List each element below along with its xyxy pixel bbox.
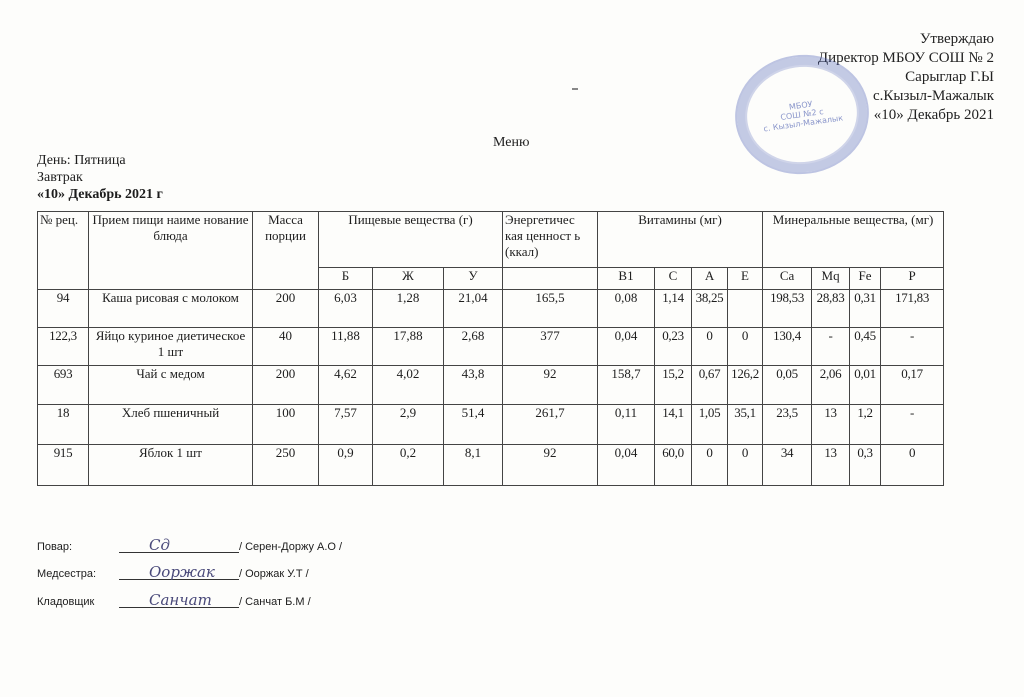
cell-fe: 1,2 [850,405,881,445]
cell-ca: 23,5 [763,405,812,445]
signature-field: Санчат [119,595,239,608]
cell-b1: 0,04 [598,445,655,486]
cell-energy: 165,5 [503,290,598,328]
cell-ca: 198,53 [763,290,812,328]
subheader: P [881,268,944,290]
header-energy: Энергетичес кая ценност ь (ккал) [503,212,598,268]
cell-zh: 2,9 [373,405,444,445]
header-minerals: Минеральные вещества, (мг) [763,212,944,268]
signature-line: Медсестра:Ооржак/ Ооржак У.Т / [37,567,309,580]
cell-u: 8,1 [444,445,503,486]
signature-line: Повар:Сд/ Серен-Доржу А.О / [37,540,342,553]
cell-ca: 34 [763,445,812,486]
cell-b: 0,9 [319,445,373,486]
cell-u: 2,68 [444,328,503,366]
cell-dish: Яйцо куриное диетическое 1 шт [89,328,253,366]
approval-line: Директор МБОУ СОШ № 2 [818,49,994,68]
cell-no: 122,3 [38,328,89,366]
cell-no: 18 [38,405,89,445]
cell-a: 0,67 [692,366,728,405]
signature-name: / Ооржак У.Т / [239,568,309,580]
cell-b: 11,88 [319,328,373,366]
cell-energy: 92 [503,366,598,405]
signature-role: Повар: [37,541,119,553]
cell-b: 4,62 [319,366,373,405]
signature-field: Ооржак [119,567,239,580]
cell-zh: 17,88 [373,328,444,366]
subheader: E [728,268,763,290]
cell-mq: 13 [812,405,850,445]
cell-e: 126,2 [728,366,763,405]
cell-u: 43,8 [444,366,503,405]
signature-role: Кладовщик [37,596,119,608]
cell-dish: Каша рисовая с молоком [89,290,253,328]
subheader: C [655,268,692,290]
header-nutrients: Пищевые вещества (г) [319,212,503,268]
cell-c: 60,0 [655,445,692,486]
handwritten-signature: Санчат [149,591,212,609]
cell-a: 0 [692,328,728,366]
cell-ca: 0,05 [763,366,812,405]
cell-dish: Хлеб пшеничный [89,405,253,445]
cell-e: 0 [728,445,763,486]
cell-p: - [881,405,944,445]
table-row: 18Хлеб пшеничный1007,572,951,4261,70,111… [38,405,944,445]
menu-table: № рец. Прием пищи наиме нование блюда Ма… [37,211,944,486]
cell-no: 915 [38,445,89,486]
cell-dish: Яблок 1 шт [89,445,253,486]
cell-p: 0,17 [881,366,944,405]
cell-e: 0 [728,328,763,366]
cell-b1: 0,04 [598,328,655,366]
cell-mass: 40 [253,328,319,366]
handwritten-signature: Сд [149,536,170,554]
table-row: 94Каша рисовая с молоком2006,031,2821,04… [38,290,944,328]
cell-fe: 0,3 [850,445,881,486]
subheader: Ж [373,268,444,290]
cell-b: 7,57 [319,405,373,445]
cell-mass: 250 [253,445,319,486]
menu-meta: День: Пятница Завтрак «10» Декабрь 2021 … [37,152,163,203]
cell-fe: 0,45 [850,328,881,366]
subheader: У [444,268,503,290]
subheader-energy-empty [503,268,598,290]
cell-b1: 0,11 [598,405,655,445]
cell-e: 35,1 [728,405,763,445]
table-row: 915Яблок 1 шт2500,90,28,1920,0460,000341… [38,445,944,486]
cell-a: 38,25 [692,290,728,328]
cell-dish: Чай с медом [89,366,253,405]
cell-energy: 261,7 [503,405,598,445]
signature-field: Сд [119,540,239,553]
header-dish: Прием пищи наиме нование блюда [89,212,253,290]
signature-role: Медсестра: [37,568,119,580]
table-row: 122,3Яйцо куриное диетическое 1 шт4011,8… [38,328,944,366]
day-label: День: Пятница [37,152,163,169]
cell-mass: 100 [253,405,319,445]
cell-b1: 0,08 [598,290,655,328]
cell-p: 0 [881,445,944,486]
cell-u: 21,04 [444,290,503,328]
cell-a: 0 [692,445,728,486]
cell-b1: 158,7 [598,366,655,405]
approval-line: Утверждаю [818,30,994,49]
header-vitamins: Витамины (мг) [598,212,763,268]
meal-label: Завтрак [37,169,163,186]
cell-mass: 200 [253,290,319,328]
subheader: B1 [598,268,655,290]
subheader: Mq [812,268,850,290]
scan-mark [572,88,578,90]
cell-mq: 13 [812,445,850,486]
cell-mq: - [812,328,850,366]
cell-c: 14,1 [655,405,692,445]
subheader: Fe [850,268,881,290]
table-row: 693Чай с медом2004,624,0243,892158,715,2… [38,366,944,405]
cell-ca: 130,4 [763,328,812,366]
cell-zh: 1,28 [373,290,444,328]
subheader: Ca [763,268,812,290]
cell-c: 0,23 [655,328,692,366]
signature-name: / Санчат Б.М / [239,596,311,608]
cell-fe: 0,01 [850,366,881,405]
subheader: A [692,268,728,290]
cell-a: 1,05 [692,405,728,445]
cell-no: 693 [38,366,89,405]
handwritten-signature: Ооржак [149,563,215,581]
cell-c: 15,2 [655,366,692,405]
cell-mq: 28,83 [812,290,850,328]
cell-p: 171,83 [881,290,944,328]
header-mass: Масса порции [253,212,319,290]
cell-mass: 200 [253,366,319,405]
cell-energy: 92 [503,445,598,486]
date-label: «10» Декабрь 2021 г [37,186,163,203]
cell-energy: 377 [503,328,598,366]
cell-c: 1,14 [655,290,692,328]
cell-p: - [881,328,944,366]
cell-e [728,290,763,328]
cell-fe: 0,31 [850,290,881,328]
cell-zh: 0,2 [373,445,444,486]
cell-zh: 4,02 [373,366,444,405]
cell-mq: 2,06 [812,366,850,405]
signature-line: КладовщикСанчат/ Санчат Б.М / [37,595,311,608]
header-recipe-no: № рец. [38,212,89,290]
cell-no: 94 [38,290,89,328]
menu-title: Меню [493,135,529,151]
cell-u: 51,4 [444,405,503,445]
subheader: Б [319,268,373,290]
signature-name: / Серен-Доржу А.О / [239,541,342,553]
cell-b: 6,03 [319,290,373,328]
